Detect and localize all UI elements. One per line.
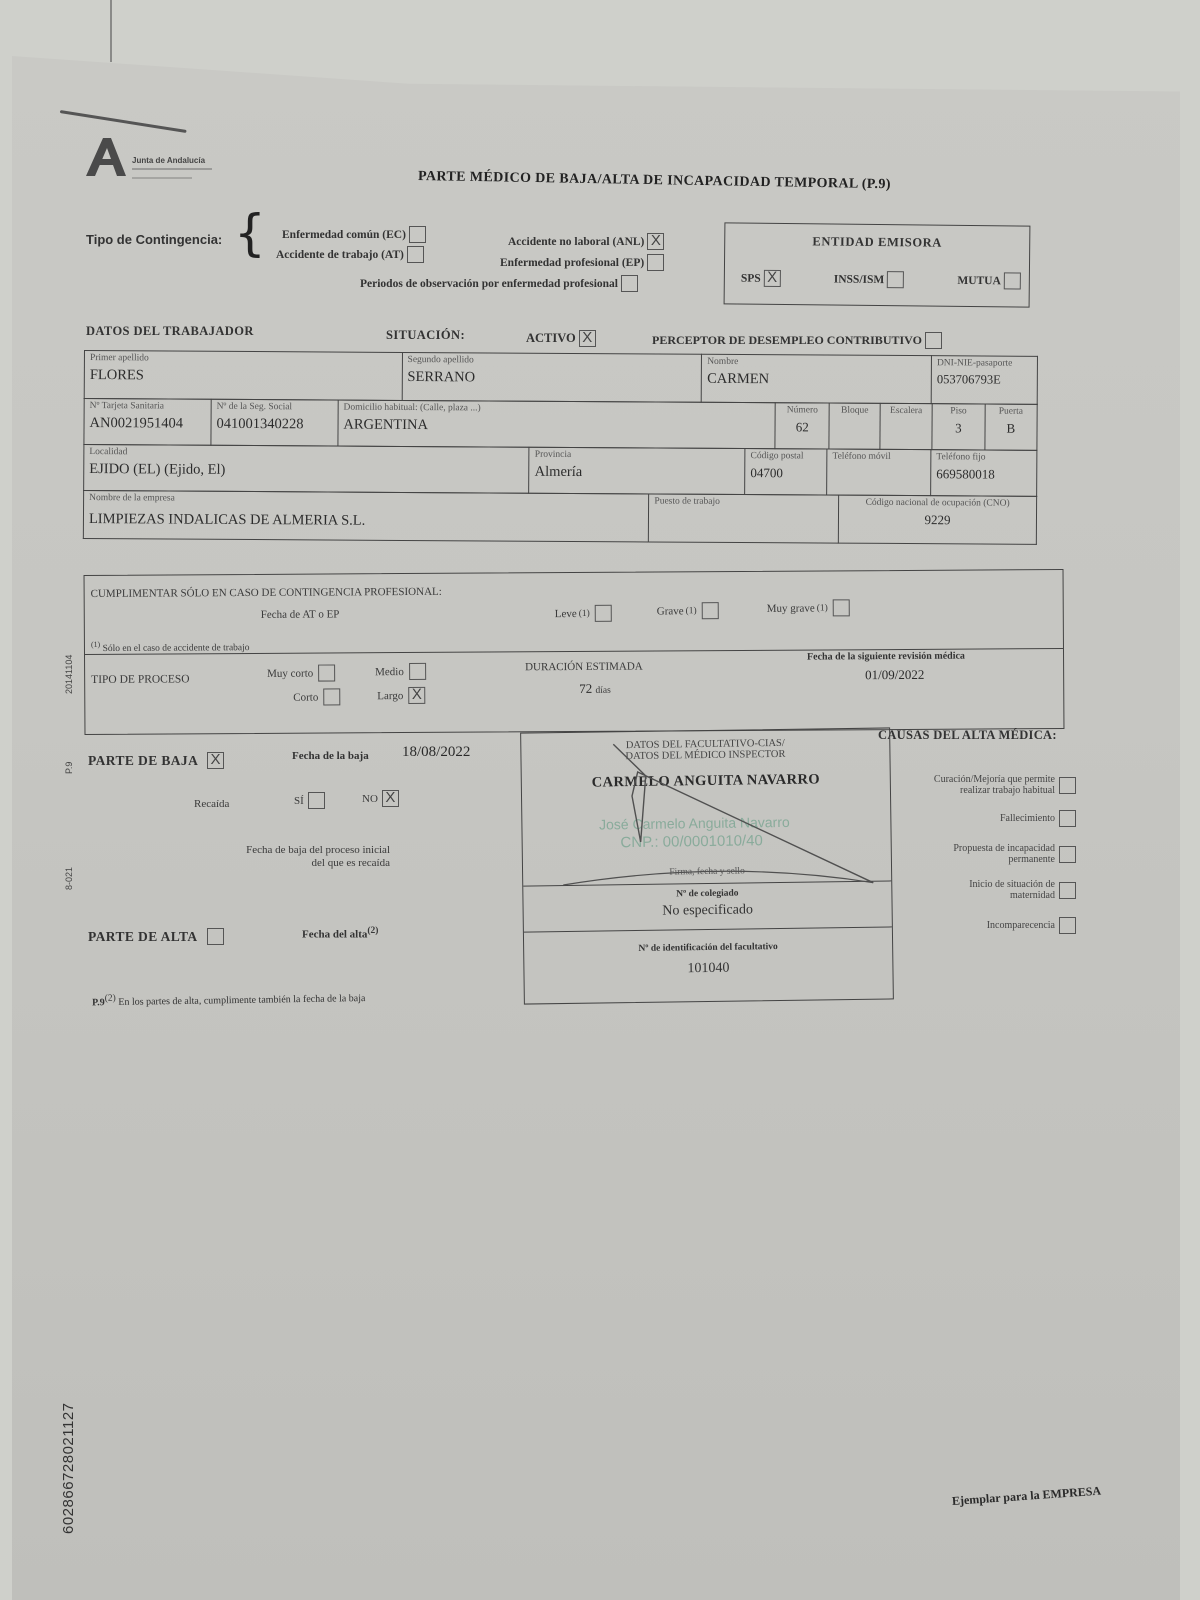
causas-alta-title: CAUSAS DEL ALTA MÉDICA: (878, 728, 1057, 743)
checkbox-muy-grave[interactable] (833, 599, 850, 616)
checkbox-largo[interactable]: X (408, 687, 425, 704)
field-bloque[interactable]: Bloque (829, 403, 880, 449)
contingencia-profesional-heading: CUMPLIMENTAR SÓLO EN CASO DE CONTINGENCI… (91, 586, 442, 600)
fecha-alta-label: Fecha del alta(2) (302, 926, 378, 941)
option-sps[interactable]: SPSX (741, 270, 781, 287)
identificacion-label: Nº de identificación del facultativo (524, 940, 892, 955)
causa-incomparecencia[interactable]: Incomparecencia (880, 917, 1076, 934)
checkbox-curacion[interactable] (1059, 777, 1076, 794)
checkbox-periodos-observacion[interactable] (621, 275, 638, 292)
brace-icon: { (234, 208, 266, 258)
option-recaida-no[interactable]: NOX (362, 790, 399, 807)
field-telefono-fijo[interactable]: Teléfono fijo669580018 (931, 450, 1037, 497)
duracion-estimada-value: 72 días (579, 681, 611, 697)
checkbox-incomparecencia[interactable] (1059, 917, 1076, 934)
checkbox-at[interactable] (407, 246, 424, 263)
causa-fallecimiento[interactable]: Fallecimiento (880, 810, 1076, 827)
margin-date-code: 20141104 (64, 655, 74, 694)
worker-data-grid: Primer apellidoFLORES Segundo apellidoSE… (83, 350, 1038, 545)
field-nombre[interactable]: NombreCARMEN (701, 354, 931, 403)
duracion-estimada-label: DURACIÓN ESTIMADA (525, 661, 643, 674)
checkbox-parte-baja[interactable]: X (207, 752, 224, 769)
margin-form-code: P.9 (64, 762, 74, 774)
field-piso[interactable]: Piso3 (932, 404, 985, 450)
option-enfermedad-comun[interactable]: Enfermedad común (EC) (282, 226, 426, 243)
contingencia-label: Tipo de Contingencia: (86, 232, 222, 247)
option-recaida-si[interactable]: SÍ (294, 792, 325, 809)
field-provincia[interactable]: ProvinciaAlmería (529, 447, 745, 494)
option-parte-alta[interactable]: PARTE DE ALTA (88, 928, 224, 945)
option-periodos-observacion[interactable]: Periodos de observación por enfermedad p… (360, 275, 638, 292)
checkbox-parte-alta[interactable] (207, 928, 224, 945)
option-enfermedad-profesional[interactable]: Enfermedad profesional (EP) (500, 254, 664, 271)
causa-curacion[interactable]: Curación/Mejoría que permiterealizar tra… (880, 774, 1076, 796)
field-dni[interactable]: DNI-NIE-pasaporte053706793E (931, 356, 1037, 405)
option-muy-corto[interactable]: Muy corto (267, 664, 335, 681)
tipo-proceso-label: TIPO DE PROCESO (91, 673, 189, 686)
field-numero[interactable]: Número62 (775, 403, 830, 449)
revision-medica-value[interactable]: 01/09/2022 (865, 667, 924, 683)
entidad-emisora-title: ENTIDAD EMISORA (725, 233, 1029, 251)
field-tarjeta-sanitaria[interactable]: Nº Tarjeta SanitariaAN0021951404 (84, 399, 211, 446)
causas-alta-list: Curación/Mejoría que permiterealizar tra… (880, 774, 1076, 934)
checkbox-maternidad[interactable] (1059, 882, 1076, 899)
option-parte-baja[interactable]: PARTE DE BAJA X (88, 752, 224, 769)
field-escalera[interactable]: Escalera (880, 403, 933, 449)
situacion-label: SITUACIÓN: (386, 328, 465, 343)
field-puesto-trabajo[interactable]: Puesto de trabajo (649, 494, 839, 543)
field-localidad[interactable]: LocalidadEJIDO (EL) (Ejido, El) (84, 445, 530, 494)
barcode-number: 602866728021127 (60, 1402, 77, 1534)
option-accidente-trabajo[interactable]: Accidente de trabajo (AT) (276, 246, 424, 263)
option-largo[interactable]: LargoX (377, 687, 425, 704)
checkbox-recaida-no[interactable]: X (382, 790, 399, 807)
colegiado-value: No especificado (524, 900, 892, 921)
field-empresa[interactable]: Nombre de la empresaLIMPIEZAS INDALICAS … (83, 491, 649, 542)
option-grave[interactable]: Grave(1) (657, 602, 719, 619)
checkbox-incapacidad-permanente[interactable] (1059, 846, 1076, 863)
contingencia-profesional-box: CUMPLIMENTAR SÓLO EN CASO DE CONTINGENCI… (84, 569, 1065, 735)
margin-model-code: 8-021 (64, 867, 74, 890)
option-accidente-no-laboral[interactable]: Accidente no laboral (ANL) X (508, 233, 664, 250)
worker-row-2: Nº Tarjeta SanitariaAN0021951404 Nº de l… (83, 398, 1037, 451)
checkbox-mutua[interactable] (1004, 272, 1021, 289)
checkbox-corto[interactable] (323, 688, 340, 705)
causa-incapacidad-permanente[interactable]: Propuesta de incapacidadpermanente (880, 843, 1076, 865)
fecha-at-ep-label: Fecha de AT o EP (261, 608, 340, 620)
option-perceptor-desempleo[interactable]: PERCEPTOR DE DESEMPLEO CONTRIBUTIVO (652, 332, 942, 349)
revision-medica-label: Fecha de la siguiente revisión médica (807, 651, 965, 663)
checkbox-anl[interactable]: X (647, 233, 664, 250)
background-edge (110, 0, 112, 62)
option-medio[interactable]: Medio (375, 663, 426, 680)
field-codigo-postal[interactable]: Código postal04700 (745, 449, 827, 495)
option-activo[interactable]: ACTIVO X (526, 330, 596, 347)
field-puerta[interactable]: PuertaB (984, 404, 1037, 450)
field-seg-social[interactable]: Nº de la Seg. Social041001340228 (211, 399, 338, 446)
org-subtitle-line (132, 168, 212, 170)
causa-maternidad[interactable]: Inicio de situación dematernidad (880, 879, 1076, 901)
worker-row-1: Primer apellidoFLORES Segundo apellidoSE… (84, 350, 1038, 405)
fecha-baja-label: Fecha de la baja (292, 750, 369, 762)
divider (524, 926, 892, 932)
org-name: Junta de Andalucía (132, 156, 205, 165)
field-primer-apellido[interactable]: Primer apellidoFLORES (84, 351, 402, 401)
checkbox-sps[interactable]: X (764, 270, 781, 287)
field-telefono-movil[interactable]: Teléfono móvil (827, 449, 931, 496)
checkbox-leve[interactable] (595, 605, 612, 622)
field-cno[interactable]: Código nacional de ocupación (CNO)9229 (838, 495, 1036, 544)
checkbox-medio[interactable] (409, 663, 426, 680)
footnote-1: (1) Sólo en el caso de accidente de trab… (91, 639, 250, 654)
field-segundo-apellido[interactable]: Segundo apellidoSERRANO (402, 352, 702, 402)
checkbox-grave[interactable] (702, 602, 719, 619)
junta-andalucia-logo-icon (86, 138, 126, 176)
option-corto[interactable]: Corto (293, 688, 340, 705)
facultativo-box: DATOS DEL FACULTATIVO-CIAS/ DATOS DEL MÉ… (520, 727, 894, 1004)
checkbox-inss-ism[interactable] (887, 271, 904, 288)
field-domicilio[interactable]: Domicilio habitual: (Calle, plaza ...)AR… (338, 400, 775, 449)
checkbox-recaida-si[interactable] (308, 792, 325, 809)
checkbox-fallecimiento[interactable] (1059, 810, 1076, 827)
fecha-baja-value[interactable]: 18/08/2022 (402, 744, 470, 761)
checkbox-ep[interactable] (647, 254, 664, 271)
option-inss-ism[interactable]: INSS/ISM (834, 271, 905, 289)
recaida-label: Recaída (194, 798, 229, 810)
checkbox-muy-corto[interactable] (318, 664, 335, 681)
checkbox-ec[interactable] (409, 226, 426, 243)
datos-trabajador-title: DATOS DEL TRABAJADOR (86, 324, 254, 339)
signature-icon (521, 728, 893, 893)
fecha-baja-inicial-label: Fecha de baja del proceso inicial del qu… (214, 844, 390, 870)
option-muy-grave[interactable]: Muy grave(1) (767, 599, 850, 617)
entidad-emisora-box: ENTIDAD EMISORA SPSX INSS/ISM MUTUA (724, 222, 1031, 307)
option-leve[interactable]: Leve(1) (555, 605, 612, 622)
option-mutua[interactable]: MUTUA (957, 272, 1021, 290)
org-subtitle-line-2 (132, 177, 192, 179)
worker-row-4: Nombre de la empresaLIMPIEZAS INDALICAS … (83, 490, 1037, 545)
identificacion-value: 101040 (524, 958, 892, 979)
worker-row-3: LocalidadEJIDO (EL) (Ejido, El) Provinci… (83, 444, 1037, 497)
checkbox-activo[interactable]: X (579, 330, 596, 347)
checkbox-perceptor-desempleo[interactable] (925, 332, 942, 349)
